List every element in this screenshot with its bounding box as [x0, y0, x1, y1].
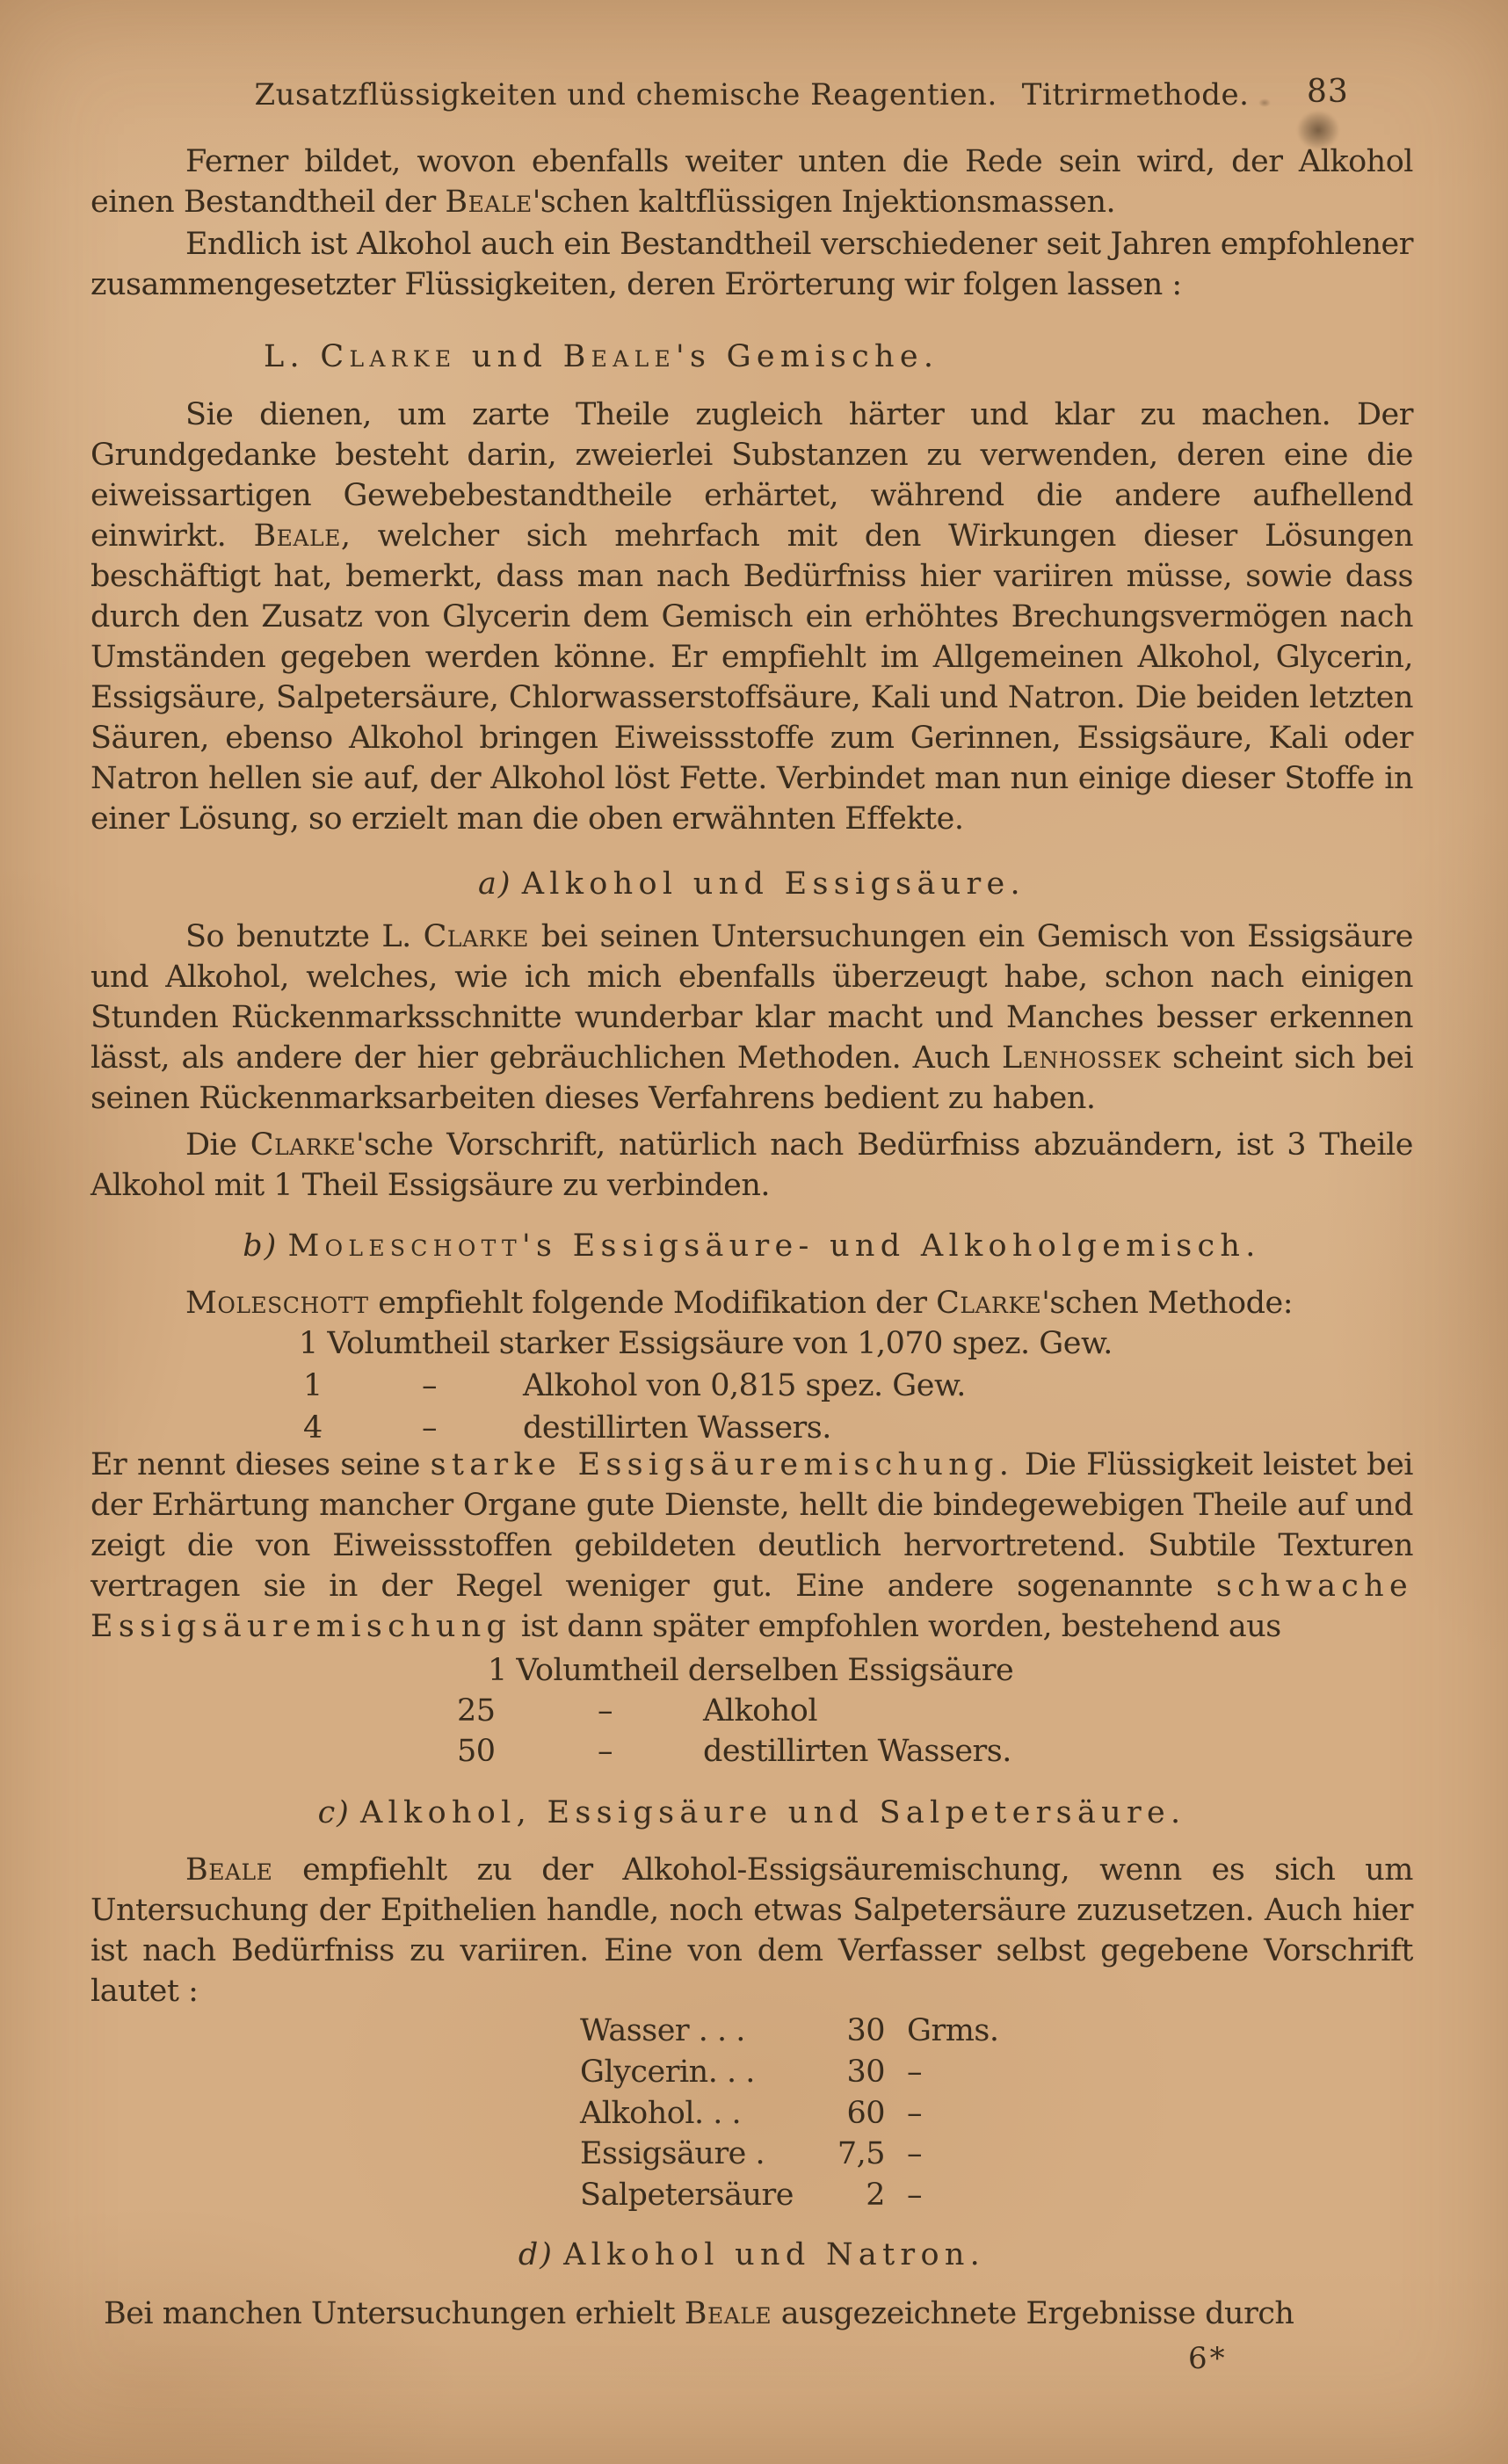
signature-mark: 6* [1188, 2341, 1228, 2376]
running-header-left: Zusatzflüssigkeiten und chemische Reagen… [255, 77, 997, 112]
section-heading-clarke-beale: L. Clarke und Beale's Gemische. [264, 337, 939, 377]
section-heading-b: b) Moleschott's Essigsäure- und Alkoholg… [91, 1226, 1413, 1266]
paragraph-beale-empfiehlt: Beale empfiehlt zu der Alkohol-Essigsäur… [91, 1850, 1413, 2011]
recipe3-unit: – [907, 2175, 922, 2215]
recipe3-name: Glycerin. . . [580, 2052, 810, 2092]
recipe3-unit: – [907, 2052, 922, 2092]
recipe3-unit: – [907, 2093, 922, 2134]
recipe3-row: Salpetersäure2– [580, 2175, 922, 2215]
recipe1-item: destillirten Wassers. [523, 1410, 831, 1446]
recipe2-item: Alkohol [703, 1693, 817, 1728]
recipe3-name: Salpetersäure [580, 2175, 810, 2215]
recipe3-row: Glycerin. . .30– [580, 2052, 922, 2092]
section-heading-d: d) Alkohol und Natron. [91, 2235, 1413, 2275]
recipe3-qty: 2 [810, 2175, 885, 2215]
paragraph-so-benutzte: So benutzte L. Clarke bei seinen Untersu… [91, 917, 1413, 1119]
page-number: 83 [1307, 74, 1349, 110]
recipe1-row: 1–Alkohol von 0,815 spez. Gew. [303, 1366, 966, 1406]
recipe3-name: Essigsäure . [580, 2134, 810, 2174]
recipe2-row: 50–destillirten Wassers. [457, 1731, 1011, 1772]
recipe2-intro-line: 1 Volumtheil derselben Essigsäure [488, 1650, 1013, 1691]
scanned-book-page: Zusatzflüssigkeiten und chemische Reagen… [0, 0, 1508, 2464]
running-header: Zusatzflüssigkeiten und chemische Reagen… [91, 76, 1475, 114]
section-heading-a: a) Alkohol und Essigsäure. [91, 864, 1413, 904]
paragraph-sie-dienen: Sie dienen, um zarte Theile zugleich här… [91, 395, 1413, 839]
paragraph-ferner-bildet: Ferner bildet, wovon ebenfalls weiter un… [91, 141, 1413, 222]
paragraph-moleschott-empfiehlt: Moleschott empfiehlt folgende Modifikati… [91, 1283, 1413, 1323]
recipe3-name: Alkohol. . . [580, 2093, 810, 2134]
running-header-right: Titrirmethode. [1022, 77, 1250, 112]
recipe2-dash: – [598, 1691, 703, 1731]
paragraph-er-nennt: Er nennt dieses seine starke Essigsäurem… [91, 1445, 1413, 1647]
recipe1-item: Alkohol von 0,815 spez. Gew. [523, 1368, 966, 1403]
recipe3-row: Wasser . . .30Grms. [580, 2011, 998, 2051]
recipe1-qty: 1 [303, 1366, 422, 1406]
recipe3-qty: 30 [810, 2052, 885, 2092]
paper-speck [1258, 98, 1271, 107]
recipe3-qty: 60 [810, 2093, 885, 2134]
section-heading-c: c) Alkohol, Essigsäure und Salpetersäure… [91, 1793, 1413, 1833]
recipe3-qty: 7,5 [810, 2134, 885, 2174]
recipe3-name: Wasser . . . [580, 2011, 810, 2051]
recipe1-dash: – [422, 1366, 523, 1406]
recipe3-qty: 30 [810, 2011, 885, 2051]
paragraph-bei-manchen: Bei manchen Untersuchungen erhielt Beale… [91, 2294, 1413, 2334]
recipe2-dash: – [598, 1731, 703, 1772]
recipe3-unit: – [907, 2134, 922, 2174]
recipe2-row: 25–Alkohol [457, 1691, 817, 1731]
recipe1-intro-line: 1 Volumtheil starker Essigsäure von 1,07… [299, 1323, 1113, 1364]
recipe1-row: 4–destillirten Wassers. [303, 1408, 831, 1448]
recipe2-qty: 25 [457, 1691, 598, 1731]
paragraph-endlich-ist: Endlich ist Alkohol auch ein Bestandthei… [91, 224, 1413, 305]
recipe3-row: Alkohol. . .60– [580, 2093, 922, 2134]
recipe1-qty: 4 [303, 1408, 422, 1448]
recipe3-unit: Grms. [907, 2011, 998, 2051]
paragraph-clarke-vorschrift: Die Clarke'sche Vorschrift, natürlich na… [91, 1125, 1413, 1206]
recipe3-row: Essigsäure .7,5– [580, 2134, 922, 2174]
recipe2-qty: 50 [457, 1731, 598, 1772]
recipe1-dash: – [422, 1408, 523, 1448]
recipe2-item: destillirten Wassers. [703, 1734, 1011, 1769]
